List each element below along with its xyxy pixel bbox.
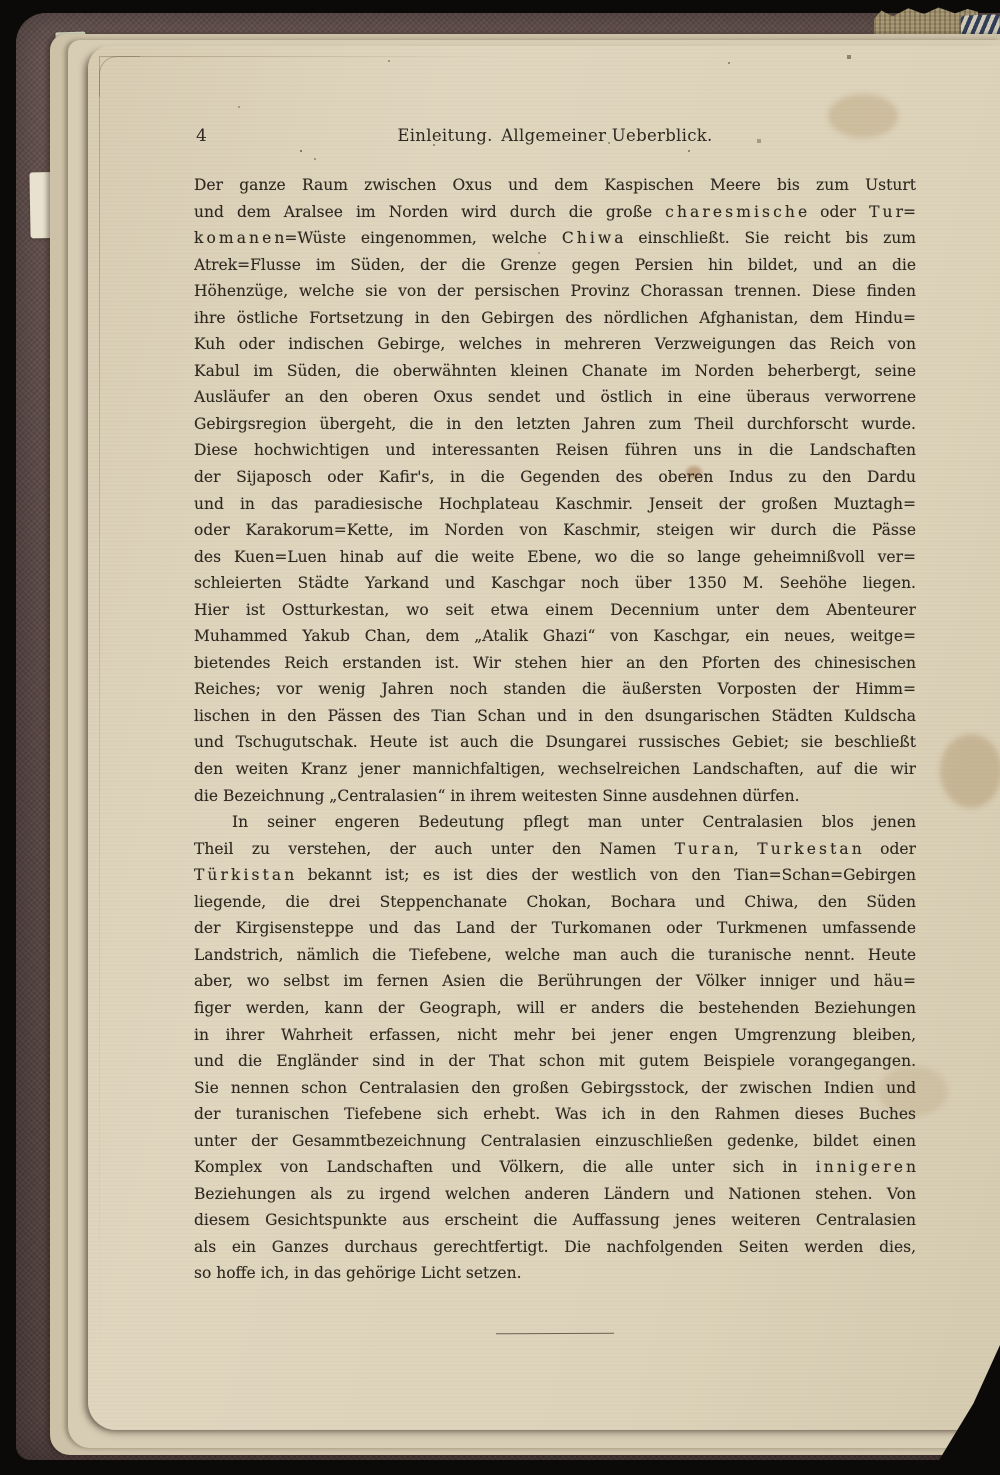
text-line: Muhammed Yakub Chan, dem „Atalik Ghazi“ … [194,623,916,650]
text-line: liegende, die drei Steppenchanate Chokan… [194,889,916,916]
text-line: und Tschugutschak. Heute ist auch die Ds… [194,729,916,756]
text-line: Beziehungen als zu irgend welchen andere… [194,1181,916,1208]
paragraph: Der ganze Raum zwischen Oxus und dem Kas… [194,172,916,809]
text-line: in ihrer Wahrheit erfassen, nicht mehr b… [194,1022,916,1049]
page-header: 4 Einleitung. Allgemeiner Ueberblick. [194,124,916,148]
running-header: Einleitung. Allgemeiner Ueberblick. [194,124,916,148]
text-line: Komplex von Landschaften und Völkern, di… [194,1154,916,1181]
text-line: Kuh oder indischen Gebirge, welches in m… [194,331,916,358]
text-line: schleierten Städte Yarkand und Kaschgar … [194,570,916,597]
text-line: Kabul im Süden, die oberwähnten kleinen … [194,358,916,385]
text-line: der Kirgisensteppe und das Land der Turk… [194,915,916,942]
text-line: der turanischen Tiefebene sich erhebt. W… [194,1101,916,1128]
text-line: In seiner engeren Bedeutung pflegt man u… [194,809,916,836]
text-line: so hoffe ich, in das gehörige Licht setz… [194,1260,916,1287]
text-line: und dem Aralsee im Norden wird durch die… [194,199,916,226]
text-line: Sie nennen schon Centralasien den großen… [194,1075,916,1102]
embossed-line-vertical [99,56,100,1396]
text-line: unter der Gesammtbezeichnung Centralasie… [194,1128,916,1155]
section-divider [496,1333,614,1335]
embossed-line-corner [99,56,140,97]
book-page: 4 Einleitung. Allgemeiner Ueberblick. De… [88,46,1000,1430]
body-text: Der ganze Raum zwischen Oxus und dem Kas… [194,172,916,1287]
text-line: aber, wo selbst im fernen Asien die Berü… [194,968,916,995]
text-line: k o m a n e n=Wüste eingenommen, welche … [194,225,916,252]
text-line: oder Karakorum=Kette, im Norden von Kasc… [194,517,916,544]
text-line: ihre östliche Fortsetzung in den Gebirge… [194,305,916,332]
text-line: Gebirgsregion übergeht, die in den letzt… [194,411,916,438]
text-line: lischen in den Pässen des Tian Schan und… [194,703,916,730]
page-content: 4 Einleitung. Allgemeiner Ueberblick. De… [194,124,916,1334]
paragraph: In seiner engeren Bedeutung pflegt man u… [194,809,916,1287]
text-line: Reiches; vor wenig Jahren noch standen d… [194,676,916,703]
text-line: und in das paradiesische Hochplateau Kas… [194,491,916,518]
text-line: die Bezeichnung „Centralasien“ in ihrem … [194,783,916,810]
text-line: Theil zu verstehen, der auch unter den N… [194,836,916,863]
text-line: bietendes Reich erstanden ist. Wir stehe… [194,650,916,677]
text-line: Diese hochwichtigen und interessanten Re… [194,437,916,464]
text-line: Atrek=Flusse im Süden, der die Grenze ge… [194,252,916,279]
text-line: figer werden, kann der Geograph, will er… [194,995,916,1022]
text-line: Landstrich, nämlich die Tiefebene, welch… [194,942,916,969]
photo-background: 4 Einleitung. Allgemeiner Ueberblick. De… [0,0,1000,1475]
paper-stain [940,734,1000,808]
text-line: als ein Ganzes durchaus gerechtfertigt. … [194,1234,916,1261]
embossed-line-horizontal [100,56,520,57]
text-line: diesem Gesichtspunkte aus erscheint die … [194,1207,916,1234]
text-line: Höhenzüge, welche sie von der persischen… [194,278,916,305]
text-line: Ausläufer an den oberen Oxus sendet und … [194,384,916,411]
text-line: und die Engländer sind in der That schon… [194,1048,916,1075]
text-line: T ü r k i s t a n bekannt ist; es ist di… [194,862,916,889]
text-line: den weiten Kranz jener mannichfaltigen, … [194,756,916,783]
text-line: Hier ist Ostturkestan, wo seit etwa eine… [194,597,916,624]
text-line: der Sijaposch oder Kafir's, in die Gegen… [194,464,916,491]
text-line: des Kuen=Luen hinab auf die weite Ebene,… [194,544,916,571]
text-line: Der ganze Raum zwischen Oxus und dem Kas… [194,172,916,199]
page-number: 4 [196,124,207,148]
